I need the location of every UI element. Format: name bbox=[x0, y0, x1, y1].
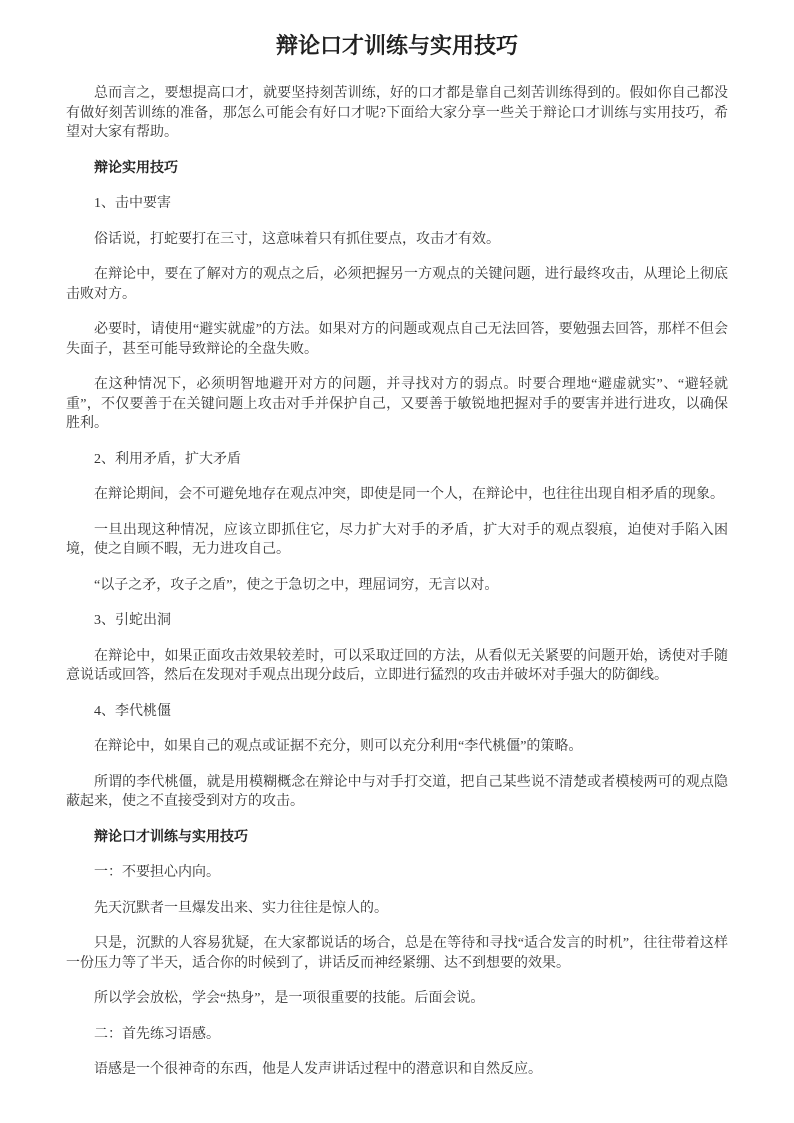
paragraph: 必要时，请使用“避实就虚”的方法。如果对方的问题或观点自己无法回答，要勉强去回答… bbox=[66, 320, 728, 359]
document-body: 总而言之，要想提高口才，就要坚持刻苦训练，好的口才都是靠自己刻苦训练得到的。假如… bbox=[66, 84, 728, 1080]
paragraph-intro: 总而言之，要想提高口才，就要坚持刻苦训练，好的口才都是靠自己刻苦训练得到的。假如… bbox=[66, 84, 728, 143]
paragraph: 先天沉默者一旦爆发出来、实力往往是惊人的。 bbox=[66, 899, 728, 919]
paragraph: 在这种情况下，必须明智地避开对方的问题，并寻找对方的弱点。时要合理地“避虚就实”… bbox=[66, 375, 728, 434]
paragraph-point-two: 二：首先练习语感。 bbox=[66, 1025, 728, 1045]
paragraph: 所谓的李代桃僵，就是用模糊概念在辩论中与对手打交道，把自己某些说不清楚或者模棱两… bbox=[66, 773, 728, 812]
paragraph-point-one: 一：不要担心内向。 bbox=[66, 863, 728, 883]
paragraph: 语感是一个很神奇的东西，他是人发声讲话过程中的潜意识和自然反应。 bbox=[66, 1060, 728, 1080]
paragraph: 俗话说，打蛇要打在三寸，这意味着只有抓住要点，攻击才有效。 bbox=[66, 230, 728, 250]
paragraph: 在辩论中，如果自己的观点或证据不充分，则可以充分利用“李代桃僵”的策略。 bbox=[66, 737, 728, 757]
document-page: 辩论口才训练与实用技巧 总而言之，要想提高口才，就要坚持刻苦训练，好的口才都是靠… bbox=[0, 0, 794, 1123]
list-item-2-use-contradiction: 2、利用矛盾，扩大矛盾 bbox=[66, 450, 728, 470]
paragraph: 在辩论中，要在了解对方的观点之后，必须把握另一方观点的关键问题，进行最终攻击，从… bbox=[66, 265, 728, 304]
paragraph: 只是，沉默的人容易犹疑，在大家都说话的场合，总是在等待和寻找“适合发言的时机”，… bbox=[66, 934, 728, 973]
list-item-1-hit-key-point: 1、击中要害 bbox=[66, 194, 728, 214]
paragraph: 在辩论中，如果正面攻击效果较差时，可以采取迂回的方法，从看似无关紧要的问题开始，… bbox=[66, 647, 728, 686]
paragraph: 所以学会放松，学会“热身”，是一项很重要的技能。后面会说。 bbox=[66, 989, 728, 1009]
section-heading-training: 辩论口才训练与实用技巧 bbox=[66, 828, 728, 848]
section-heading-practical-skills: 辩论实用技巧 bbox=[66, 159, 728, 179]
document-title: 辩论口才训练与实用技巧 bbox=[66, 30, 728, 62]
paragraph: 一旦出现这种情况，应该立即抓住它，尽力扩大对手的矛盾，扩大对手的观点裂痕，迫使对… bbox=[66, 521, 728, 560]
list-item-3-lure-snake: 3、引蛇出洞 bbox=[66, 611, 728, 631]
list-item-4-substitute: 4、李代桃僵 bbox=[66, 702, 728, 722]
paragraph: 在辩论期间，会不可避免地存在观点冲突，即使是同一个人，在辩论中，也往往出现自相矛… bbox=[66, 485, 728, 505]
paragraph: “以子之矛，攻子之盾”，使之于急切之中，理屈词穷，无言以对。 bbox=[66, 576, 728, 596]
